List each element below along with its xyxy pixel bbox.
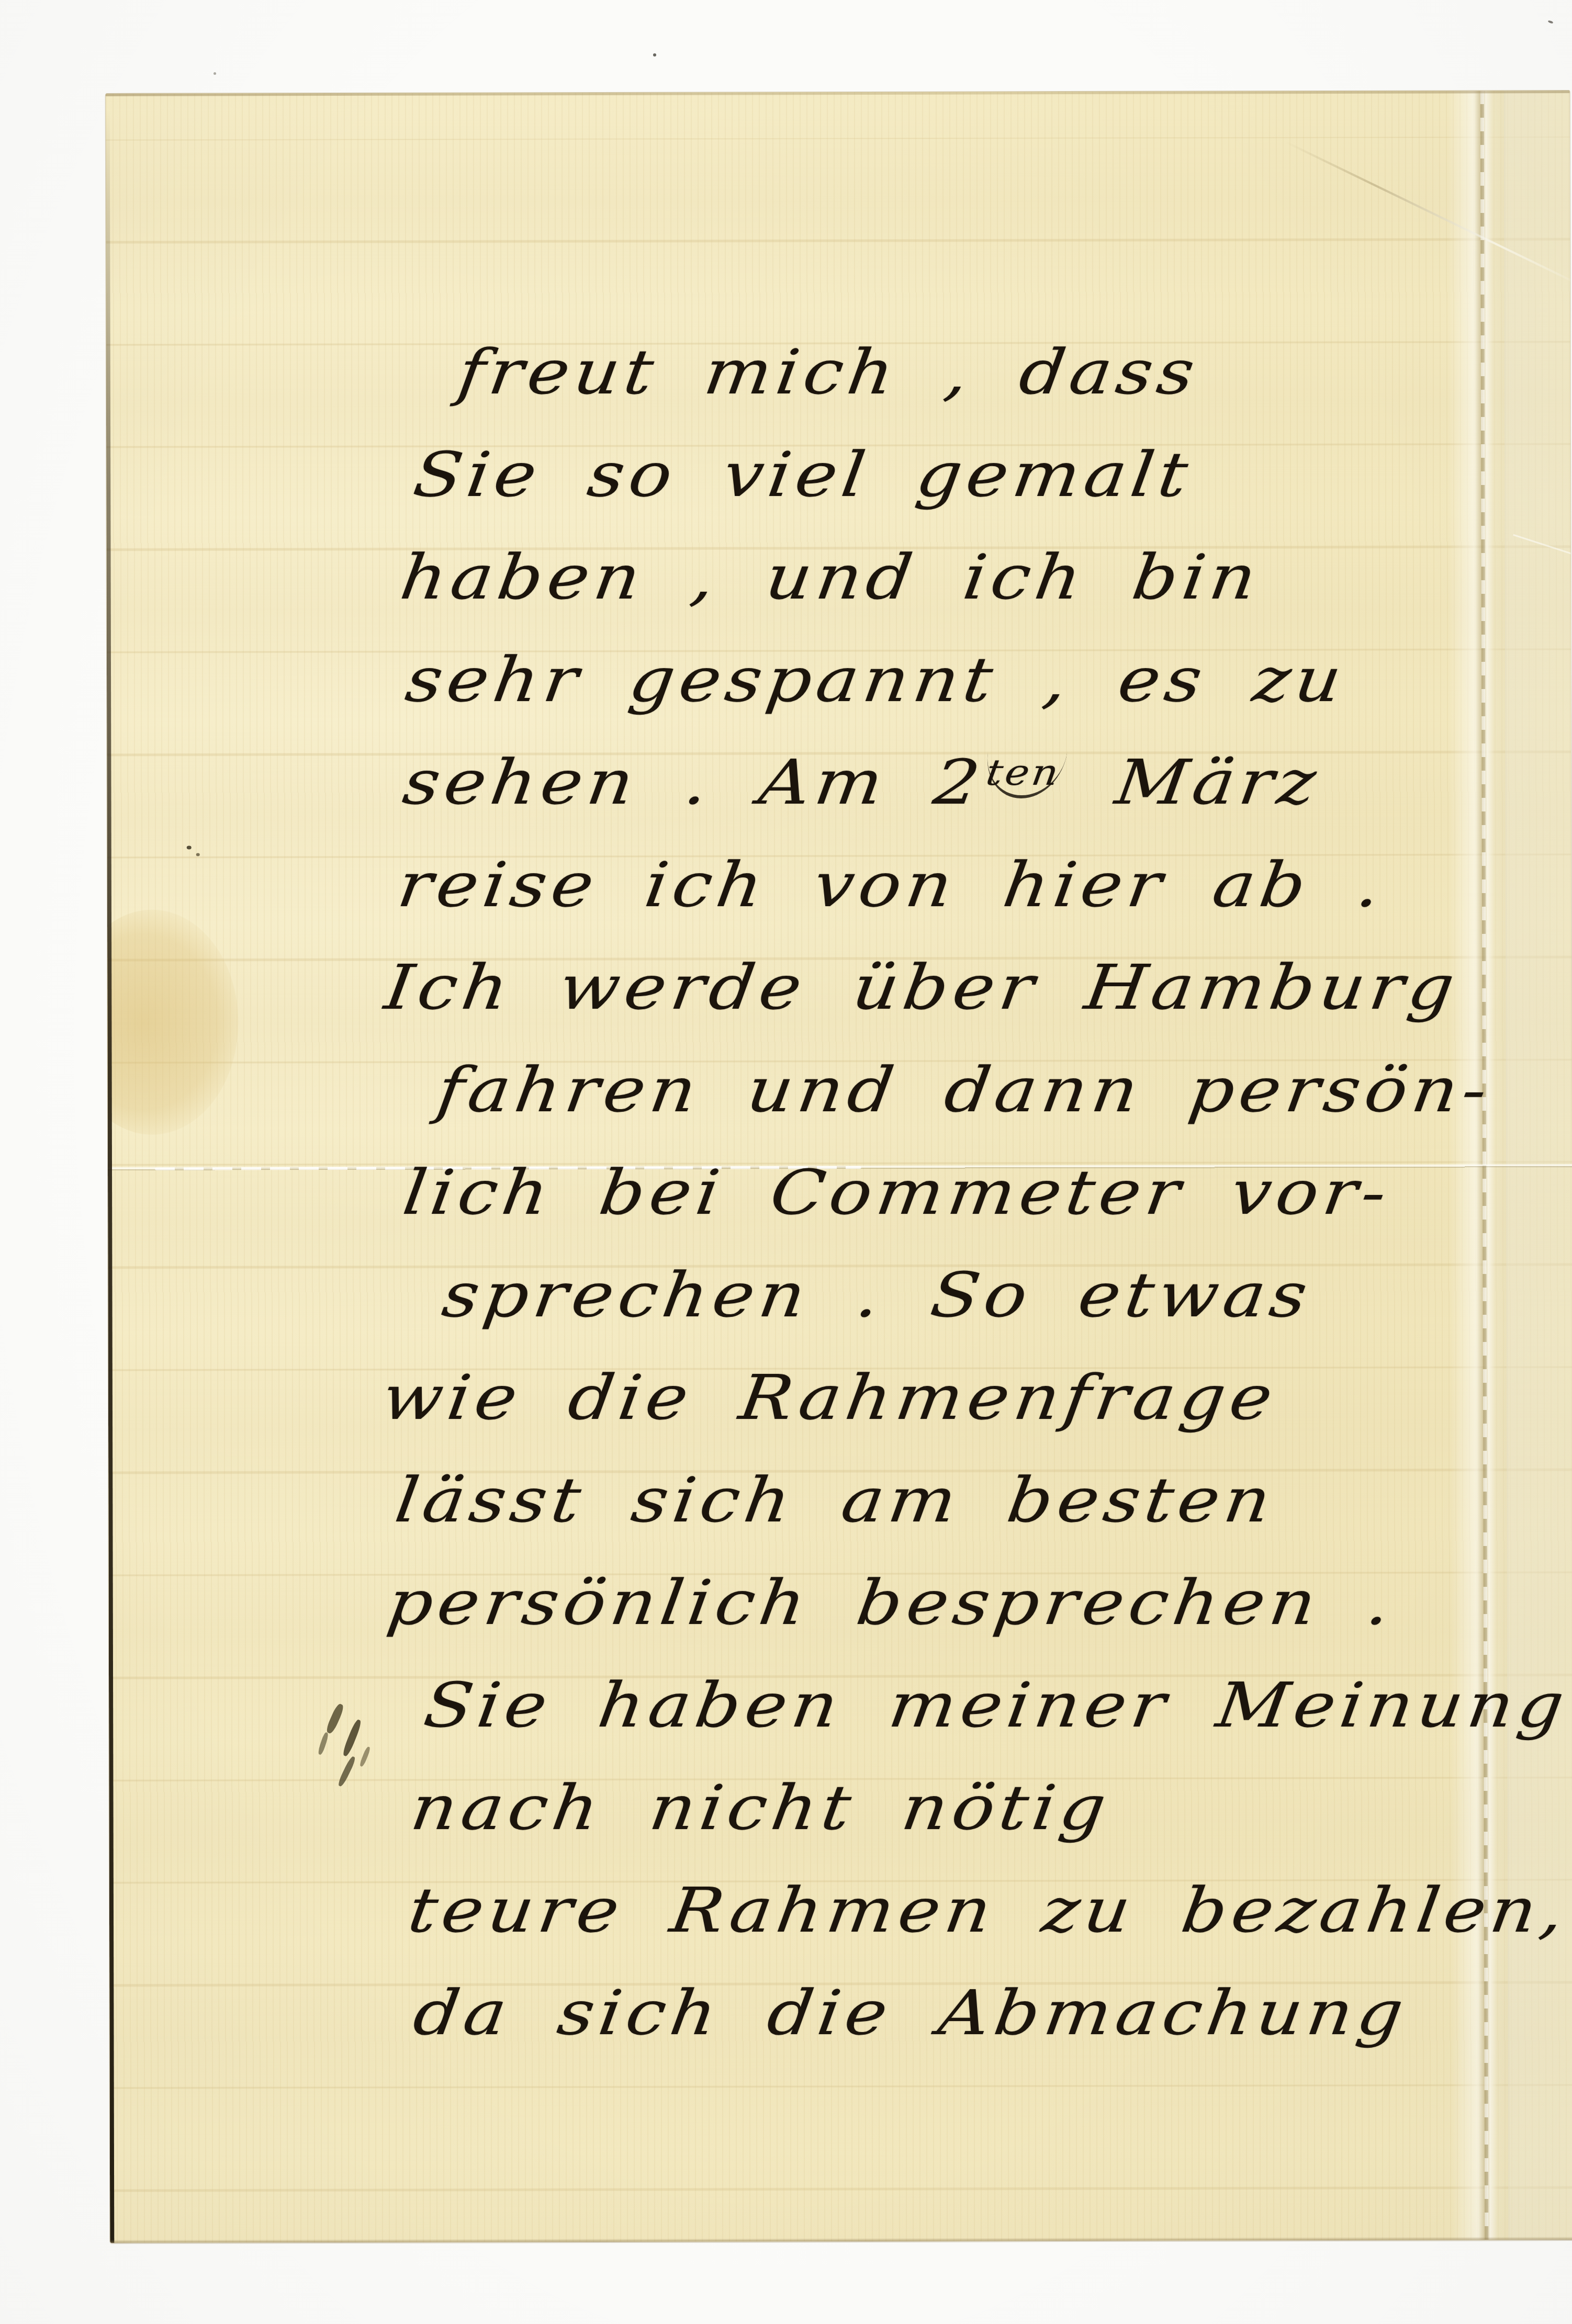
handwriting-line-2: Sie so viel gemalt bbox=[410, 444, 1196, 505]
handwriting-line-15: nach nicht nötig bbox=[407, 1777, 1114, 1838]
text-run: Sie so viel gemalt bbox=[409, 438, 1197, 511]
handwriting-line-11: wie die Rahmenfrage bbox=[378, 1367, 1281, 1428]
text-run: reise ich von hier ab . bbox=[394, 849, 1390, 921]
text-run: Ich werde über Hamburg bbox=[380, 951, 1463, 1023]
handwriting-line-10: sprechen . So etwas bbox=[439, 1264, 1316, 1326]
text-run: persönlich besprechen . bbox=[383, 1566, 1400, 1639]
text-run: haben , und ich bin bbox=[396, 541, 1265, 613]
text-run: da sich die Abmachung bbox=[409, 1977, 1412, 2049]
handwriting-line-1: freut mich , dass bbox=[454, 341, 1203, 403]
handwriting-line-9: lich bei Commeter vor- bbox=[399, 1161, 1395, 1223]
handwriting-line-7: Ich werde über Hamburg bbox=[381, 956, 1463, 1018]
scanner-background: freut mich , dassSie so viel gemalthaben… bbox=[0, 0, 1572, 2324]
handwriting-lines: freut mich , dassSie so viel gemalthaben… bbox=[0, 0, 1572, 2324]
text-run: wie die Rahmenfrage bbox=[378, 1361, 1282, 1434]
text-run: nach nicht nötig bbox=[407, 1772, 1115, 1844]
handwriting-line-16: teure Rahmen zu bezahlen, bbox=[405, 1879, 1572, 1941]
handwriting-line-14: Sie haben meiner Meinung bbox=[420, 1674, 1572, 1736]
handwriting-line-17: da sich die Abmachung bbox=[410, 1982, 1411, 2044]
text-run: sehr gespannt , es zu bbox=[401, 644, 1351, 716]
text-run: Sie haben meiner Meinung bbox=[420, 1669, 1572, 1741]
text-run: teure Rahmen zu bezahlen, bbox=[404, 1874, 1572, 1946]
handwriting-line-8: fahren und dann persön- bbox=[433, 1059, 1495, 1121]
handwriting-line-12: lässt sich am besten bbox=[391, 1469, 1279, 1531]
text-run: sehen . Am 2 bbox=[399, 746, 989, 818]
handwriting-line-6: reise ich von hier ab . bbox=[394, 854, 1389, 916]
handwriting-line-5: sehen . Am 2ten März bbox=[399, 751, 1324, 813]
handwriting-line-3: haben , und ich bin bbox=[397, 546, 1264, 608]
text-run: fahren und dann persön- bbox=[433, 1054, 1496, 1126]
scanned-letter-screenshot: { "document": { "kind": "handwritten let… bbox=[0, 0, 1572, 2324]
superscript-ordinal: ten bbox=[982, 752, 1067, 798]
text-run: lässt sich am besten bbox=[391, 1464, 1280, 1536]
handwriting-line-13: persönlich besprechen . bbox=[384, 1572, 1399, 1633]
text-run: lich bei Commeter vor- bbox=[399, 1156, 1396, 1228]
text-run: März bbox=[1064, 746, 1326, 818]
text-run: sprechen . So etwas bbox=[438, 1259, 1316, 1331]
text-run: freut mich , dass bbox=[454, 336, 1204, 408]
handwriting-line-4: sehr gespannt , es zu bbox=[402, 649, 1350, 710]
